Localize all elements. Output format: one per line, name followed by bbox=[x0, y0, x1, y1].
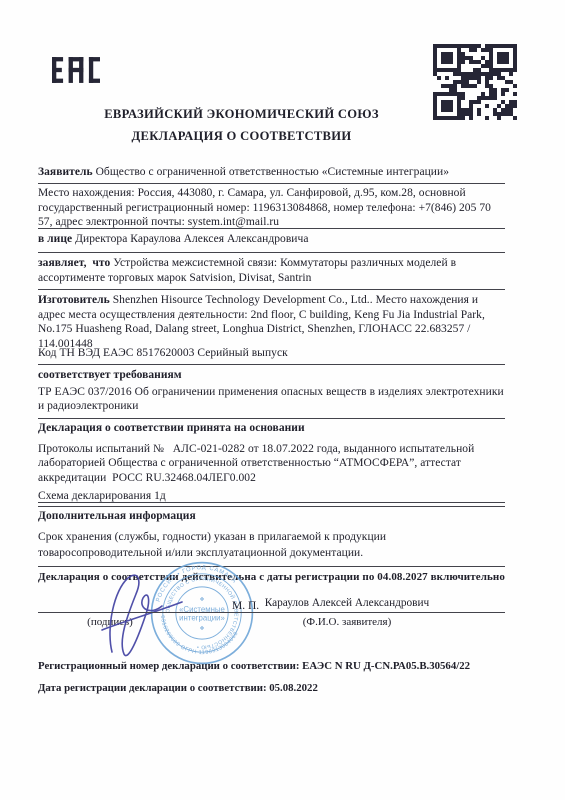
title-line-2: ДЕКЛАРАЦИЯ О СООТВЕТСТВИИ bbox=[38, 125, 445, 147]
handwritten-signature bbox=[98, 568, 188, 663]
manufacturer-row: Изготовитель Shenzhen Hisource Technolog… bbox=[38, 293, 505, 351]
registration-date: Дата регистрации декларации о соответств… bbox=[38, 682, 548, 694]
represented-by-label: в лице bbox=[38, 233, 72, 245]
complies-label: соответствует требованиям bbox=[38, 368, 505, 383]
divider bbox=[38, 502, 505, 503]
tn-ved-row: Код ТН ВЭД ЕАЭС 8517620003 Серийный выпу… bbox=[38, 346, 505, 361]
divider bbox=[38, 183, 505, 184]
signature-line bbox=[38, 612, 505, 613]
applicant-row: Заявитель Общество с ограниченной ответс… bbox=[38, 165, 505, 180]
eac-logo-glyph bbox=[52, 48, 100, 92]
mp-label: М. П. bbox=[232, 600, 259, 612]
document-title: ЕВРАЗИЙСКИЙ ЭКОНОМИЧЕСКИЙ СОЮЗ ДЕКЛАРАЦИ… bbox=[38, 103, 445, 147]
stamp-ornament-top: ❖ bbox=[199, 596, 204, 603]
complies-value: ТР ЕАЭС 037/2016 Об ограничении применен… bbox=[38, 385, 505, 414]
stamp-ornament-bottom: ❖ bbox=[199, 625, 204, 632]
complies-row: соответствует требованиям ТР ЕАЭС 037/20… bbox=[38, 368, 505, 414]
tn-ved-value: Код ТН ВЭД ЕАЭС 8517620003 Серийный выпу… bbox=[38, 347, 288, 359]
title-line-1: ЕВРАЗИЙСКИЙ ЭКОНОМИЧЕСКИЙ СОЮЗ bbox=[38, 103, 445, 125]
declaration-document: ЕВРАЗИЙСКИЙ ЭКОНОМИЧЕСКИЙ СОЮЗ ДЕКЛАРАЦИ… bbox=[0, 0, 565, 800]
divider bbox=[38, 289, 505, 290]
additional-info-value: Срок хранения (службы, годности) указан … bbox=[38, 529, 505, 562]
divider bbox=[38, 228, 505, 229]
divider bbox=[38, 252, 505, 253]
basis-value: Протоколы испытаний № АЛС-021-0282 от 18… bbox=[38, 442, 505, 486]
represented-by-row: в лице Директора Караулова Алексея Алекс… bbox=[38, 232, 505, 247]
divider bbox=[38, 566, 505, 567]
divider bbox=[38, 506, 505, 507]
location-value: Место нахождения: Россия, 443080, г. Сам… bbox=[38, 187, 491, 228]
eac-logo bbox=[52, 48, 100, 97]
location-row: Место нахождения: Россия, 443080, г. Сам… bbox=[38, 186, 505, 230]
manufacturer-label: Изготовитель bbox=[38, 294, 110, 306]
additional-info-row: Дополнительная информация Срок хранения … bbox=[38, 509, 505, 561]
applicant-label: Заявитель bbox=[38, 166, 93, 178]
represented-by-value: Директора Караулова Алексея Александрови… bbox=[75, 233, 308, 245]
declares-row: заявляет, что Устройства межсистемной св… bbox=[38, 256, 505, 285]
fullname-caption: (Ф.И.О. заявителя) bbox=[262, 616, 432, 628]
additional-info-label: Дополнительная информация bbox=[38, 509, 505, 524]
basis-label: Декларация о соответствии принята на осн… bbox=[38, 421, 505, 436]
divider bbox=[38, 364, 505, 365]
applicant-value: Общество с ограниченной ответственностью… bbox=[96, 166, 449, 178]
basis-row: Декларация о соответствии принята на осн… bbox=[38, 421, 505, 485]
declares-label: заявляет, что bbox=[38, 257, 110, 269]
qr-code bbox=[433, 44, 517, 120]
divider bbox=[38, 418, 505, 419]
applicant-fullname: Караулов Алексей Александрович bbox=[262, 597, 432, 609]
scheme-value: Схема декларирования 1д bbox=[38, 490, 166, 502]
